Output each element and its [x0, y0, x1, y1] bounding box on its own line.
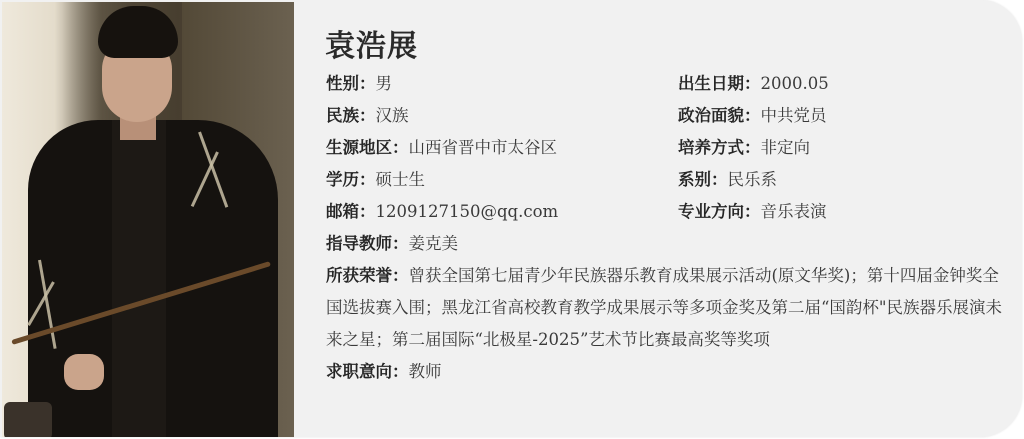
erhu-body: [4, 402, 52, 437]
field-value: 非定向: [761, 138, 811, 157]
field-label: 出生日期：: [678, 74, 761, 93]
field-value: 2000.05: [761, 74, 829, 93]
profile-info: 袁浩展 性别：男 出生日期：2000.05 民族：汉族 政治面貌：中共党员 生源…: [326, 26, 1002, 388]
field-degree: 学历：硕士生: [326, 164, 678, 196]
field-label: 所获荣誉：: [326, 266, 409, 285]
field-gender: 性别：男: [326, 68, 678, 100]
field-value: 音乐表演: [761, 202, 827, 221]
field-value: 硕士生: [376, 170, 426, 189]
field-value: 曾获全国第七届青少年民族器乐教育成果展示活动(原文华奖)；第十四届金钟奖全国选拔…: [326, 266, 1002, 349]
field-value: 汉族: [376, 106, 409, 125]
field-label: 培养方式：: [678, 138, 761, 157]
field-label: 民族：: [326, 106, 376, 125]
field-political: 政治面貌：中共党员: [678, 100, 827, 132]
info-row: 学历：硕士生 系别：民乐系: [326, 164, 1002, 196]
field-advisor: 指导教师：姜克美: [326, 228, 458, 260]
info-row: 性别：男 出生日期：2000.05: [326, 68, 1002, 100]
field-honors: 所获荣誉：曾获全国第七届青少年民族器乐教育成果展示活动(原文华奖)；第十四届金钟…: [326, 260, 1006, 356]
field-value: 教师: [409, 362, 442, 381]
field-birth: 出生日期：2000.05: [678, 68, 829, 100]
field-label: 系别：: [678, 170, 728, 189]
field-label: 求职意向：: [326, 362, 409, 381]
field-training: 培养方式：非定向: [678, 132, 810, 164]
field-department: 系别：民乐系: [678, 164, 777, 196]
photo-hand: [64, 354, 104, 390]
info-row: 求职意向：教师: [326, 356, 1002, 388]
field-value: 中共党员: [761, 106, 827, 125]
field-label: 学历：: [326, 170, 376, 189]
info-row: 生源地区：山西省晋中市太谷区 培养方式：非定向: [326, 132, 1002, 164]
field-major: 专业方向：音乐表演: [678, 196, 827, 228]
portrait-photo: [2, 2, 294, 437]
info-row: 民族：汉族 政治面貌：中共党员: [326, 100, 1002, 132]
info-row: 指导教师：姜克美: [326, 228, 1002, 260]
field-label: 性别：: [326, 74, 376, 93]
photo-shirt: [112, 120, 166, 437]
field-label: 生源地区：: [326, 138, 409, 157]
field-value: 民乐系: [728, 170, 778, 189]
profile-card: 袁浩展 性别：男 出生日期：2000.05 民族：汉族 政治面貌：中共党员 生源…: [0, 0, 1022, 437]
field-origin: 生源地区：山西省晋中市太谷区: [326, 132, 678, 164]
field-ethnicity: 民族：汉族: [326, 100, 678, 132]
field-value: 姜克美: [409, 234, 459, 253]
field-email: 邮箱：1209127150@qq.com: [326, 196, 678, 228]
field-label: 政治面貌：: [678, 106, 761, 125]
info-row: 邮箱：1209127150@qq.com 专业方向：音乐表演: [326, 196, 1002, 228]
field-value: 男: [376, 74, 393, 93]
field-job: 求职意向：教师: [326, 356, 442, 388]
field-label: 专业方向：: [678, 202, 761, 221]
field-value[interactable]: 1209127150@qq.com: [376, 202, 559, 221]
field-label: 指导教师：: [326, 234, 409, 253]
person-name: 袁浩展: [325, 26, 1002, 68]
field-value: 山西省晋中市太谷区: [409, 138, 558, 157]
field-label: 邮箱：: [326, 202, 376, 221]
